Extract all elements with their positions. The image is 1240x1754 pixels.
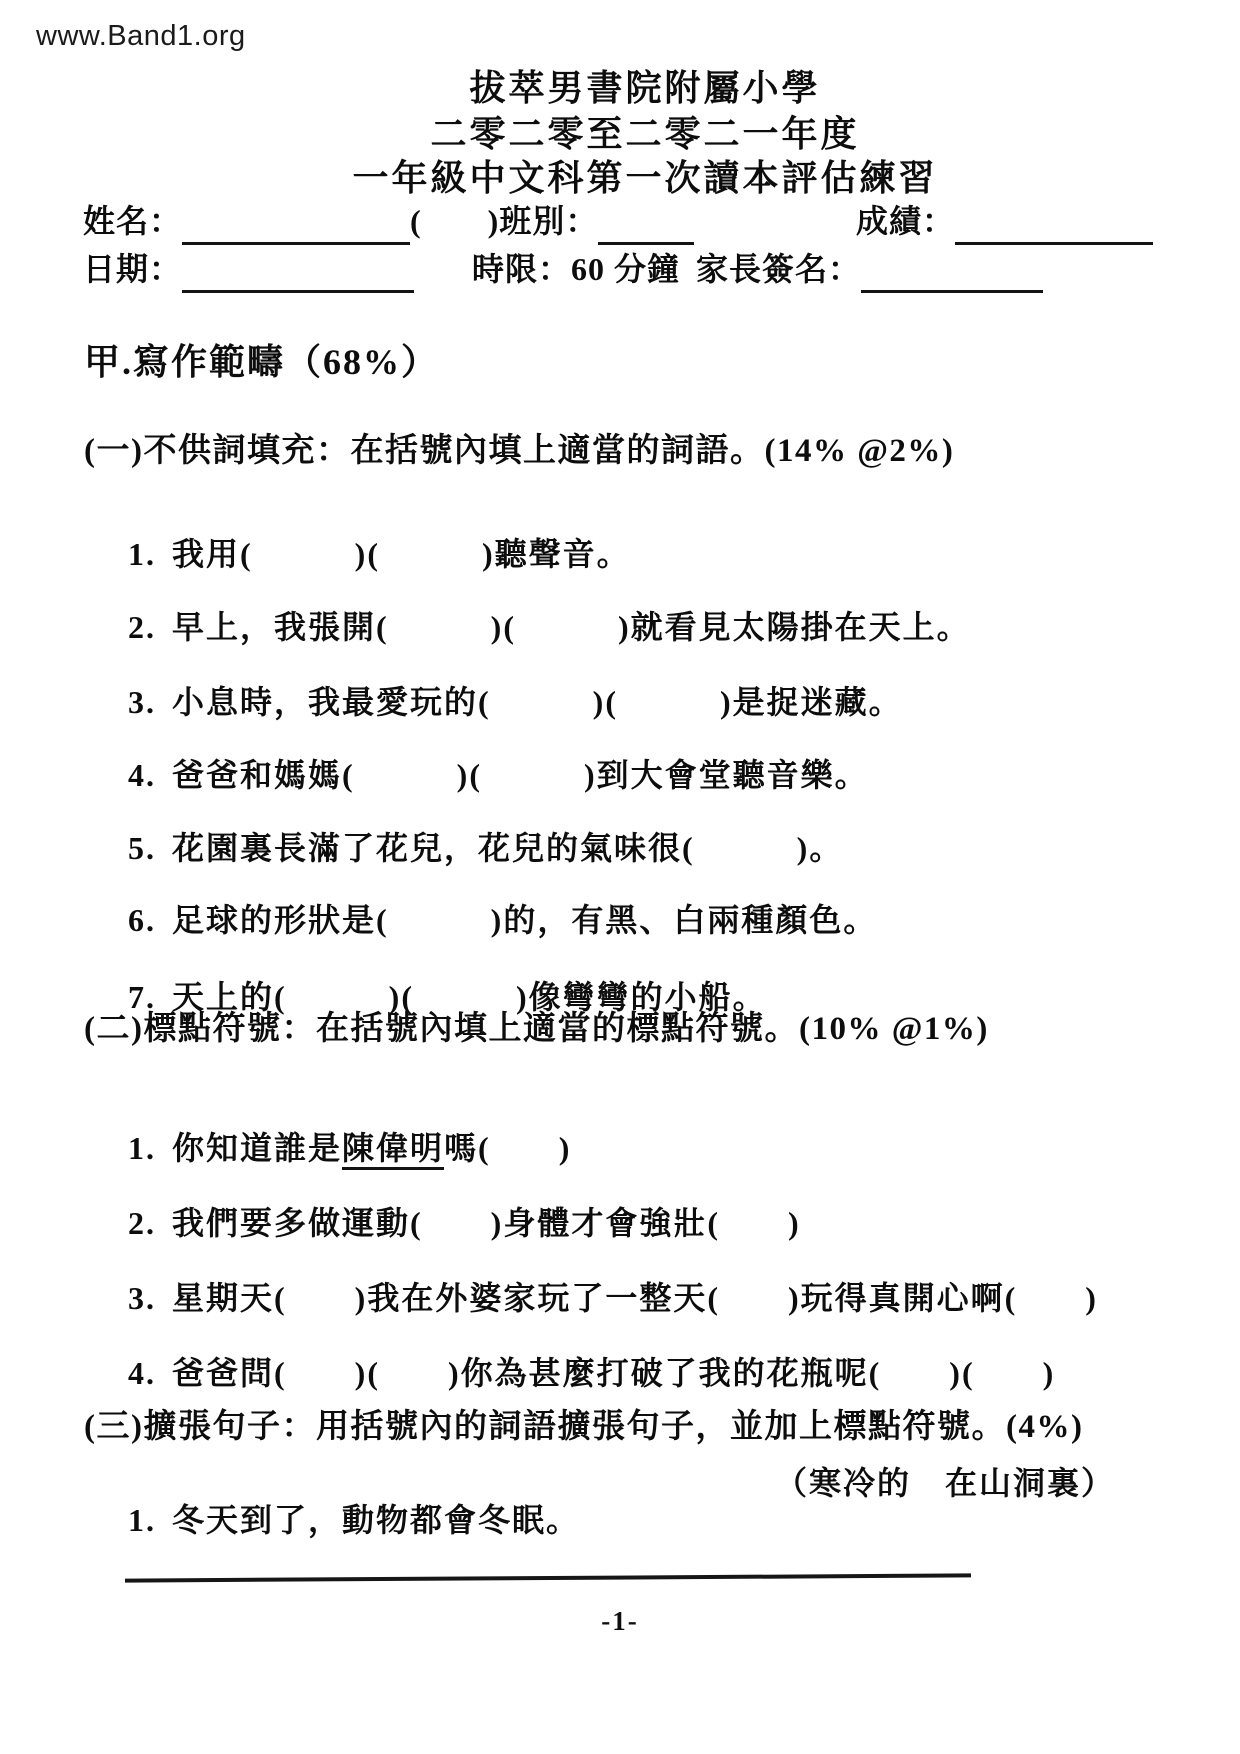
parent-signature-label: 家長簽名：: [696, 244, 861, 290]
section-one-heading: (一)不供詞填充：在括號內填上適當的詞語。(14% @2%): [84, 424, 954, 471]
header-row-date-time-signature: 日期： 時限：60 分鐘 家長簽名：: [83, 244, 1157, 290]
paper-title: 一年級中文科第一次讀本評估練習: [50, 150, 1240, 201]
score-label: 成績：: [856, 196, 955, 242]
question-text: 冬天到了，動物都會冬眠。: [172, 1502, 580, 1538]
header-row-name-class-score: 姓名： ( ) 班別： 成績：: [83, 196, 1157, 242]
page-number: -1-: [0, 1606, 1240, 1637]
question-text: 足球的形狀是( )的，有黑、白兩種顏色。: [172, 902, 877, 938]
question-row: 1.冬天到了，動物都會冬眠。 （寒冷的 在山洞裏）: [88, 1458, 1208, 1615]
question-number: 6.: [128, 902, 172, 939]
exam-paper-page: www.Band1.org 拔萃男書院附屬小學 二零二零至二零二一年度 一年級中…: [0, 0, 1240, 1754]
expansion-hint-words: （寒冷的 在山洞裏）: [775, 1458, 1115, 1504]
class-blank-line: [598, 206, 694, 245]
name-blank-line: [182, 206, 410, 245]
date-blank-line: [182, 254, 414, 293]
watermark-url: www.Band1.org: [36, 20, 246, 53]
class-number-parens: ( ): [410, 196, 499, 242]
name-label: 姓名：: [83, 196, 182, 242]
school-name: 拔萃男書院附屬小學: [50, 60, 1240, 111]
section-three-heading: (三)擴張句子：用括號內的詞語擴張句子，並加上標點符號。(4%): [84, 1400, 1083, 1447]
date-label: 日期：: [83, 244, 182, 290]
question-number: 4.: [128, 1355, 172, 1392]
question-text: 爸爸問( )( )你為甚麼打破了我的花瓶呢( )( ): [172, 1355, 1055, 1391]
section-two-heading: (二)標點符號：在括號內填上適當的標點符號。(10% @1%): [84, 1002, 989, 1049]
score-blank-line: [955, 206, 1153, 245]
time-limit-label: 時限：60 分鐘: [472, 244, 680, 290]
part-a-heading: 甲.寫作範疇（68%）: [84, 334, 439, 385]
parent-signature-blank-line: [861, 254, 1043, 293]
class-label: 班別：: [499, 196, 598, 242]
question-number: 1.: [128, 1502, 172, 1539]
